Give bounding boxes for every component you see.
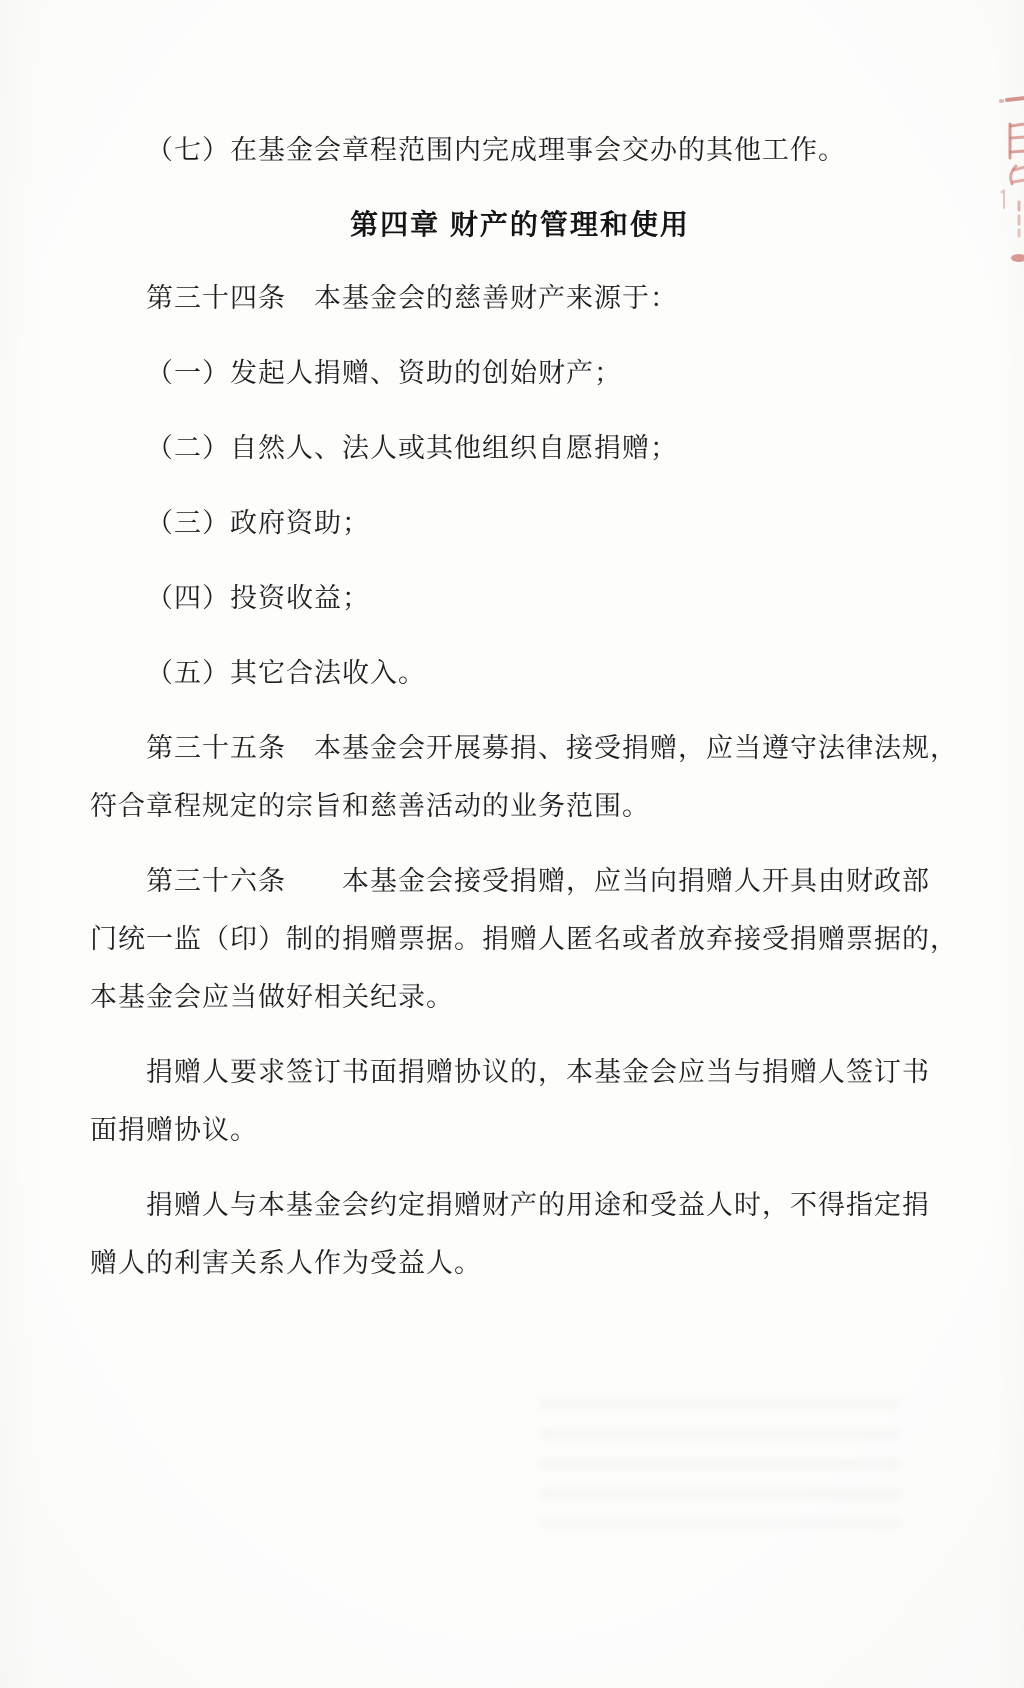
para-written-agreement: 捐赠人要求签订书面捐赠协议的，本基金会应当与捐赠人签订书面捐赠协议。	[90, 1043, 950, 1159]
text-line: 第三十五条 本基金会开展募捐、接受捐赠，应当遵守法律法规，	[90, 719, 950, 777]
item-7: （七）在基金会章程范围内完成理事会交办的其他工作。	[90, 121, 950, 179]
article-36: 第三十六条 本基金会接受捐赠，应当向捐赠人开具由财政部门统一监（印）制的捐赠票据…	[90, 852, 950, 1026]
scan-bleed-artifact	[540, 1398, 900, 1528]
text-line: 捐赠人要求签订书面捐赠协议的，本基金会应当与捐赠人签订书	[90, 1043, 950, 1101]
seal-stamp-fragment-icon	[998, 62, 1024, 272]
text-line: 符合章程规定的宗旨和慈善活动的业务范围。	[90, 777, 950, 835]
text-line: 第三十六条 本基金会接受捐赠，应当向捐赠人开具由财政部	[90, 852, 950, 910]
text-line: （二）自然人、法人或其他组织自愿捐赠；	[90, 419, 950, 477]
article-34-item-4: （四）投资收益；	[90, 569, 950, 627]
article-34-item-1: （一）发起人捐赠、资助的创始财产；	[90, 344, 950, 402]
text-line: （四）投资收益；	[90, 569, 950, 627]
document-body: （七）在基金会章程范围内完成理事会交办的其他工作。第四章 财产的管理和使用第三十…	[90, 121, 950, 1309]
article-35: 第三十五条 本基金会开展募捐、接受捐赠，应当遵守法律法规，符合章程规定的宗旨和慈…	[90, 719, 950, 835]
text-line: （五）其它合法收入。	[90, 644, 950, 702]
text-line: （七）在基金会章程范围内完成理事会交办的其他工作。	[90, 121, 950, 179]
text-line: 捐赠人与本基金会约定捐赠财产的用途和受益人时，不得指定捐	[90, 1176, 950, 1234]
article-34: 第三十四条 本基金会的慈善财产来源于：	[90, 269, 950, 327]
text-line: 本基金会应当做好相关纪录。	[90, 968, 950, 1026]
text-line: 门统一监（印）制的捐赠票据。捐赠人匿名或者放弃接受捐赠票据的，	[90, 910, 950, 968]
article-34-item-5: （五）其它合法收入。	[90, 644, 950, 702]
text-line: （三）政府资助；	[90, 494, 950, 552]
text-line: 面捐赠协议。	[90, 1101, 950, 1159]
para-beneficiary-restriction: 捐赠人与本基金会约定捐赠财产的用途和受益人时，不得指定捐赠人的利害关系人作为受益…	[90, 1176, 950, 1292]
scanned-document-page: { "page": { "background_color": "#fdfdfc…	[0, 0, 1024, 1688]
article-34-item-3: （三）政府资助；	[90, 494, 950, 552]
chapter-4-heading: 第四章 财产的管理和使用	[90, 196, 950, 254]
text-line: 第四章 财产的管理和使用	[90, 196, 950, 254]
text-line: 第三十四条 本基金会的慈善财产来源于：	[90, 269, 950, 327]
text-line: 赠人的利害关系人作为受益人。	[90, 1234, 950, 1292]
article-34-item-2: （二）自然人、法人或其他组织自愿捐赠；	[90, 419, 950, 477]
text-line: （一）发起人捐赠、资助的创始财产；	[90, 344, 950, 402]
